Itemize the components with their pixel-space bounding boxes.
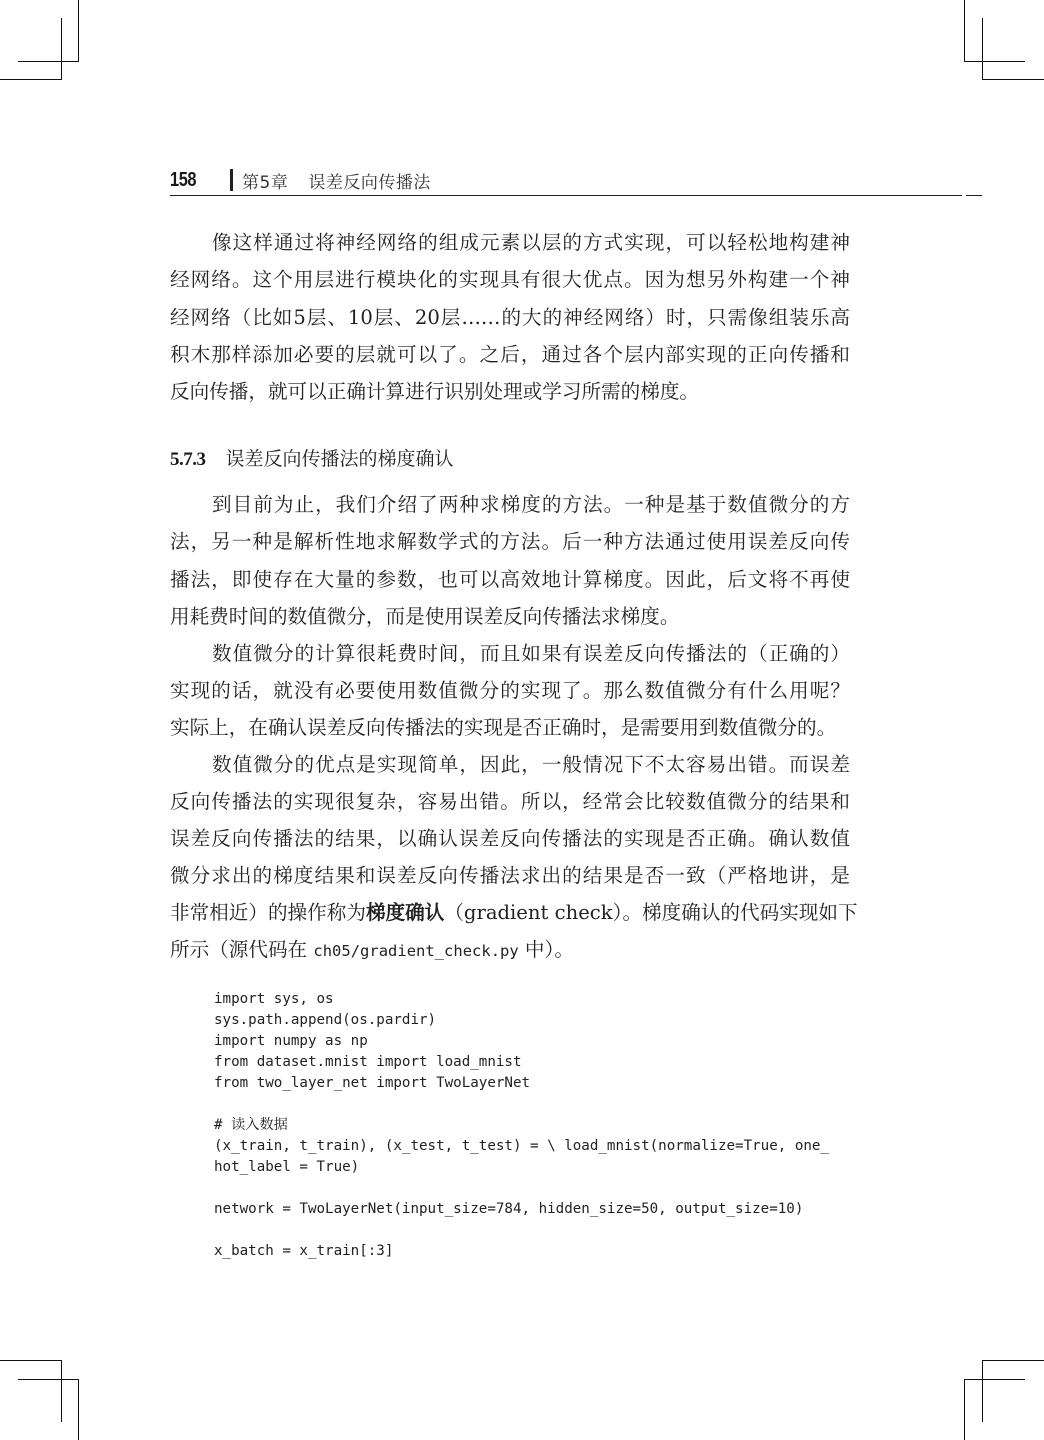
- code-line: import sys, os: [214, 989, 334, 1010]
- crop-mark-bottom-left-v2: [78, 1379, 79, 1440]
- crop-mark-top-left-v1: [78, 0, 79, 62]
- crop-mark-top-right-h2: [982, 79, 1044, 80]
- crop-mark-bottom-left-v1: [61, 1360, 62, 1422]
- paragraph-line: 数值微分的优点是实现简单，因此，一般情况下不太容易出错。而误差: [170, 753, 850, 777]
- code-line: from dataset.mnist import load_mnist: [214, 1052, 522, 1073]
- paragraph-line: 播法，即使存在大量的参数，也可以高效地计算梯度。因此，后文将不再使: [170, 568, 850, 592]
- section-heading: 5.7.3误差反向传播法的梯度确认: [170, 444, 454, 471]
- key-term: 梯度确认: [366, 901, 444, 924]
- paragraph-line: 经网络。这个用层进行模块化的实现具有很大优点。因为想另外构建一个神: [170, 268, 850, 292]
- code-line: sys.path.append(os.pardir): [214, 1010, 436, 1031]
- crop-mark-bottom-left-h1: [0, 1360, 62, 1361]
- paragraph-line: 像这样通过将神经网络的组成元素以层的方式实现，可以轻松地构建神: [170, 231, 850, 255]
- paragraph-line: 实现的话，就没有必要使用数值微分的实现了。那么数值微分有什么用呢？: [170, 679, 850, 703]
- code-line: (x_train, t_train), (x_test, t_test) = \…: [214, 1136, 829, 1157]
- crop-mark-top-right-v1: [964, 0, 965, 62]
- header-rule-tail: [966, 195, 982, 196]
- chapter-number: 第5章: [242, 173, 288, 193]
- text-run: 所示（源代码在: [170, 938, 313, 961]
- crop-mark-bottom-right-h2: [964, 1379, 1025, 1380]
- crop-mark-bottom-right-h1: [982, 1360, 1044, 1361]
- crop-mark-bottom-right-v2: [964, 1379, 965, 1440]
- text-run: 非常相近）的操作称为: [170, 901, 366, 924]
- crop-mark-bottom-left-h2: [18, 1379, 79, 1380]
- section-number: 5.7.3: [170, 449, 206, 470]
- code-line: from two_layer_net import TwoLayerNet: [214, 1073, 530, 1094]
- code-line: import numpy as np: [214, 1031, 368, 1052]
- paragraph-line: 积木那样添加必要的层就可以了。之后，通过各个层内部实现的正向传播和: [170, 343, 850, 367]
- header-divider-bar: [230, 169, 233, 191]
- paragraph-line: 经网络（比如5层、10层、20层……的大的神经网络）时，只需像组装乐高: [170, 306, 850, 330]
- paragraph-line: 实际上，在确认误差反向传播法的实现是否正确时，是需要用到数值微分的。: [170, 716, 850, 740]
- running-header: 158 第5章误差反向传播法: [170, 166, 431, 194]
- paragraph-line: 反向传播，就可以正确计算进行识别处理或学习所需的梯度。: [170, 380, 850, 404]
- source-file-path: ch05/gradient_check.py: [313, 942, 518, 960]
- code-line: network = TwoLayerNet(input_size=784, hi…: [214, 1199, 803, 1220]
- crop-mark-top-left-h1: [18, 61, 79, 62]
- paragraph-line: 用耗费时间的数值微分，而是使用误差反向传播法求梯度。: [170, 605, 850, 629]
- paragraph-line: 非常相近）的操作称为梯度确认（gradient check）。梯度确认的代码实现…: [170, 901, 850, 925]
- text-run: 中）。: [519, 938, 574, 961]
- header-rule: [170, 195, 962, 196]
- crop-mark-top-right-v2: [982, 18, 983, 80]
- section-title: 误差反向传播法的梯度确认: [226, 448, 454, 470]
- code-line: hot_label = True): [214, 1157, 359, 1178]
- crop-mark-top-left-h2: [0, 79, 62, 80]
- crop-mark-top-left-v2: [61, 18, 62, 80]
- chapter-title: 误差反向传播法: [308, 173, 431, 193]
- paragraph-line: 误差反向传播法的结果，以确认误差反向传播法的实现是否正确。确认数值: [170, 827, 850, 851]
- code-line: x_batch = x_train[:3]: [214, 1241, 393, 1262]
- paragraph-line: 反向传播法的实现很复杂，容易出错。所以，经常会比较数值微分的结果和: [170, 790, 850, 814]
- crop-mark-bottom-right-v1: [982, 1360, 983, 1422]
- chapter-label: 第5章误差反向传播法: [242, 168, 431, 193]
- paragraph-line: 法，另一种是解析性地求解数学式的方法。后一种方法通过使用误差反向传: [170, 530, 850, 554]
- text-run: （gradient check）。梯度确认的代码实现如下: [444, 901, 857, 924]
- code-comment: # 读入数据: [214, 1115, 288, 1136]
- paragraph-line: 数值微分的计算很耗费时间，而且如果有误差反向传播法的（正确的）: [170, 642, 850, 666]
- crop-mark-top-right-h1: [964, 61, 1025, 62]
- page-number: 158: [170, 169, 209, 192]
- paragraph-line: 微分求出的梯度结果和误差反向传播法求出的结果是否一致（严格地讲，是: [170, 864, 850, 888]
- paragraph-line: 所示（源代码在 ch05/gradient_check.py 中）。: [170, 938, 850, 963]
- paragraph-line: 到目前为止，我们介绍了两种求梯度的方法。一种是基于数值微分的方: [170, 493, 850, 517]
